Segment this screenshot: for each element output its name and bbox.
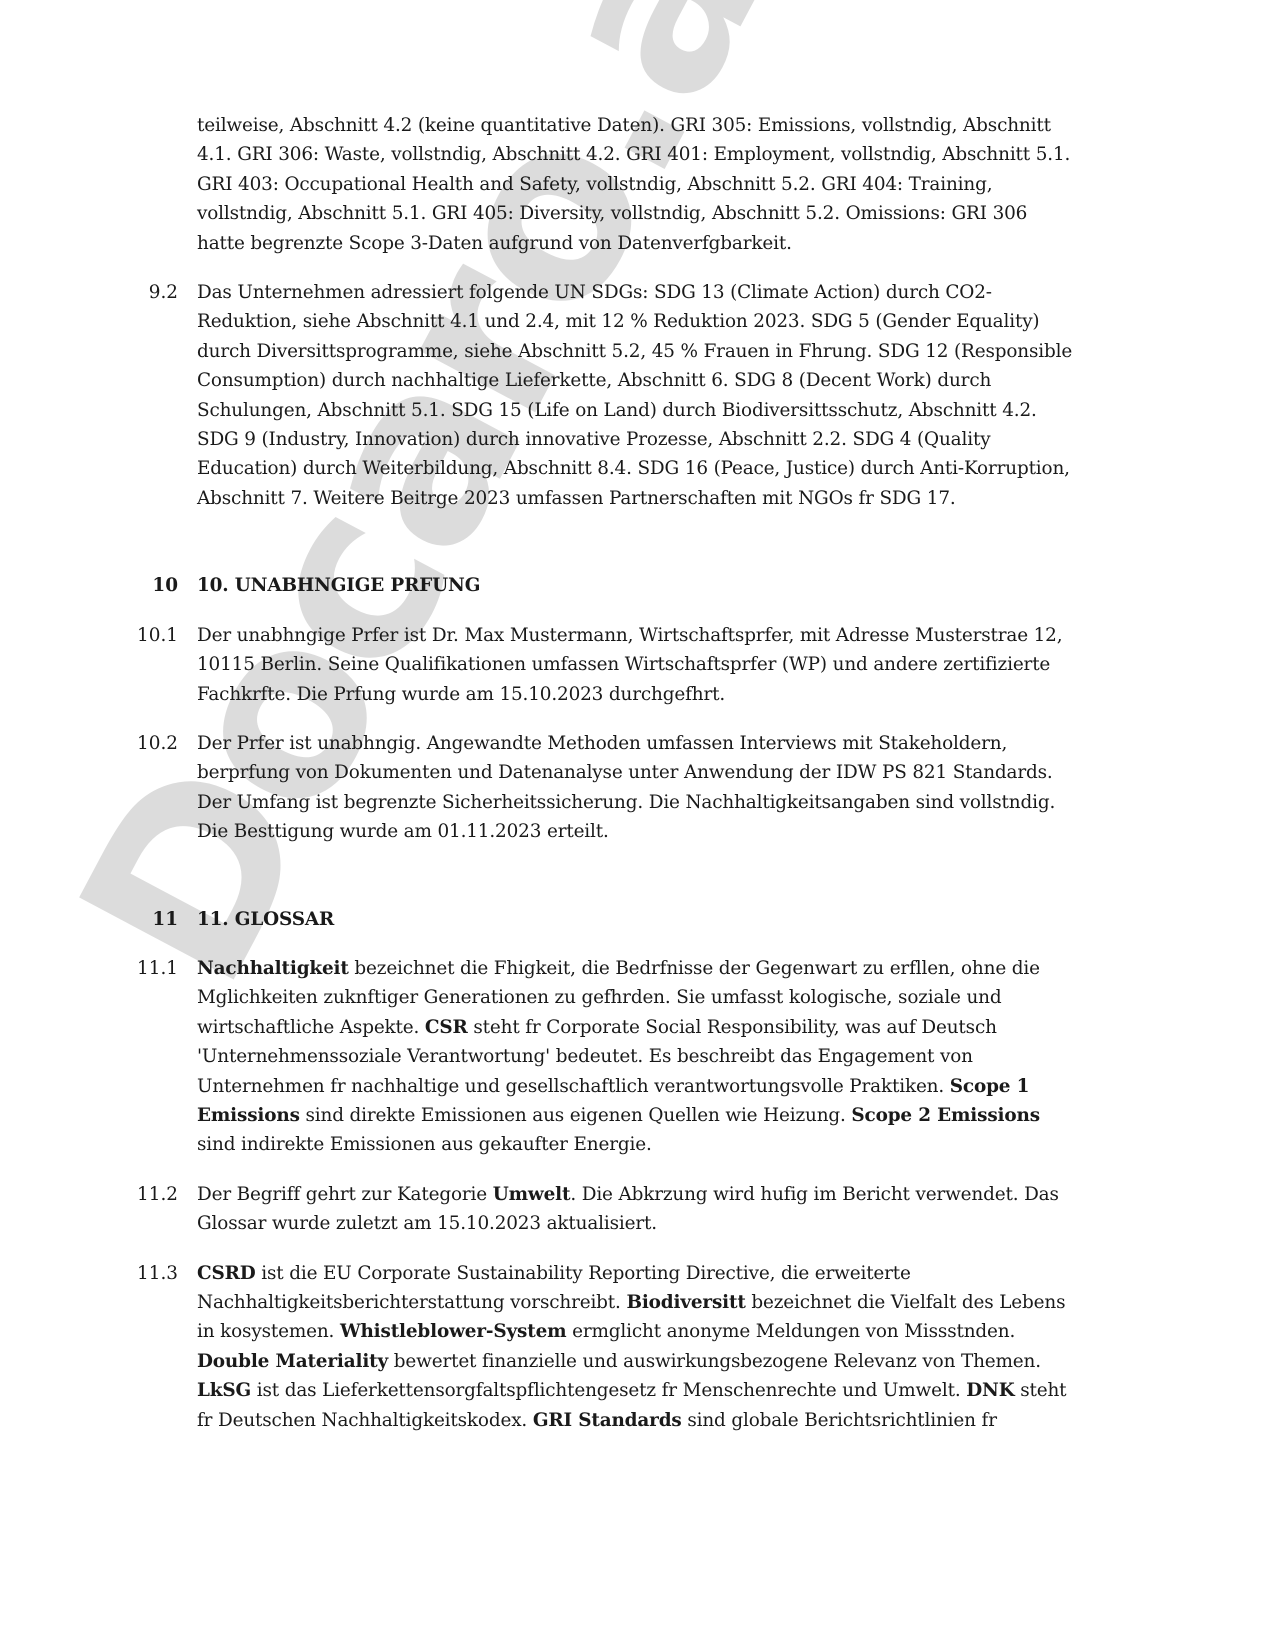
text-run: Der Begriff gehrt zur Kategorie	[197, 1184, 493, 1205]
clause-number: 11	[130, 905, 178, 934]
bold-term: LkSG	[197, 1380, 251, 1401]
text-run: Der unabhngige Prfer ist Dr. Max Musterm…	[197, 625, 1062, 705]
numbered-paragraph: 11.1Nachhaltigkeit bezeichnet die Fhigke…	[130, 954, 1130, 1160]
heading-text: 10. UNABHNGIGE PRFUNG	[197, 571, 1077, 600]
text-run: sind indirekte Emissionen aus gekaufter …	[197, 1134, 652, 1155]
bold-term: Scope 2 Emissions	[851, 1105, 1040, 1126]
paragraph-text: Der unabhngige Prfer ist Dr. Max Musterm…	[197, 621, 1077, 709]
numbered-paragraph: 11.2Der Begriff gehrt zur Kategorie Umwe…	[130, 1180, 1130, 1239]
numbered-paragraph: 10.2Der Prfer ist unabhngig. Angewandte …	[130, 729, 1130, 847]
bold-term: GRI Standards	[533, 1410, 682, 1431]
document-body: teilweise, Abschnitt 4.2 (keine quantita…	[130, 111, 1130, 1455]
bold-term: Umwelt	[493, 1184, 571, 1205]
document-page: Docaro.ai teilweise, Abschnitt 4.2 (kein…	[0, 0, 1275, 1650]
clause-number: 11.1	[130, 954, 178, 983]
paragraph-text: Nachhaltigkeit bezeichnet die Fhigkeit, …	[197, 954, 1077, 1160]
text-run: 10. UNABHNGIGE PRFUNG	[197, 575, 480, 596]
numbered-paragraph: teilweise, Abschnitt 4.2 (keine quantita…	[130, 111, 1130, 258]
bold-term: DNK	[966, 1380, 1014, 1401]
clause-number: 10.1	[130, 621, 178, 650]
paragraph-text: Der Prfer ist unabhngig. Angewandte Meth…	[197, 729, 1077, 847]
text-run: ist das Lieferkettensorgfaltspflichtenge…	[251, 1380, 966, 1401]
bold-term: CSRD	[197, 1263, 256, 1284]
heading-text: 11. GLOSSAR	[197, 905, 1077, 934]
text-run: bewertet finanzielle und auswirkungsbezo…	[388, 1351, 1041, 1372]
numbered-paragraph: 9.2Das Unternehmen adressiert folgende U…	[130, 278, 1130, 513]
bold-term: Biodiversitt	[626, 1292, 745, 1313]
section-heading: 1010. UNABHNGIGE PRFUNG	[130, 571, 1130, 600]
bold-term: Whistleblower-System	[340, 1321, 567, 1342]
numbered-paragraph: 10.1Der unabhngige Prfer ist Dr. Max Mus…	[130, 621, 1130, 709]
paragraph-text: CSRD ist die EU Corporate Sustainability…	[197, 1259, 1077, 1435]
clause-number: 11.3	[130, 1259, 178, 1288]
paragraph-text: Das Unternehmen adressiert folgende UN S…	[197, 278, 1077, 513]
clause-number: 10	[130, 571, 178, 600]
text-run: teilweise, Abschnitt 4.2 (keine quantita…	[197, 115, 1070, 254]
paragraph-text: teilweise, Abschnitt 4.2 (keine quantita…	[197, 111, 1077, 258]
paragraph-text: Der Begriff gehrt zur Kategorie Umwelt. …	[197, 1180, 1077, 1239]
clause-number: 10.2	[130, 729, 178, 758]
numbered-paragraph: 11.3CSRD ist die EU Corporate Sustainabi…	[130, 1259, 1130, 1435]
text-run: ermglicht anonyme Meldungen von Missstnd…	[566, 1321, 1015, 1342]
clause-number: 9.2	[130, 278, 178, 307]
clause-number: 11.2	[130, 1180, 178, 1209]
text-run: sind globale Berichtsrichtlinien fr	[682, 1410, 997, 1431]
text-run: Das Unternehmen adressiert folgende UN S…	[197, 282, 1072, 509]
section-heading: 1111. GLOSSAR	[130, 905, 1130, 934]
bold-term: Double Materiality	[197, 1351, 388, 1372]
bold-term: Nachhaltigkeit	[197, 958, 349, 979]
bold-term: CSR	[425, 1017, 468, 1038]
text-run: 11. GLOSSAR	[197, 909, 334, 930]
text-run: sind direkte Emissionen aus eigenen Quel…	[300, 1105, 852, 1126]
text-run: Der Prfer ist unabhngig. Angewandte Meth…	[197, 733, 1055, 842]
